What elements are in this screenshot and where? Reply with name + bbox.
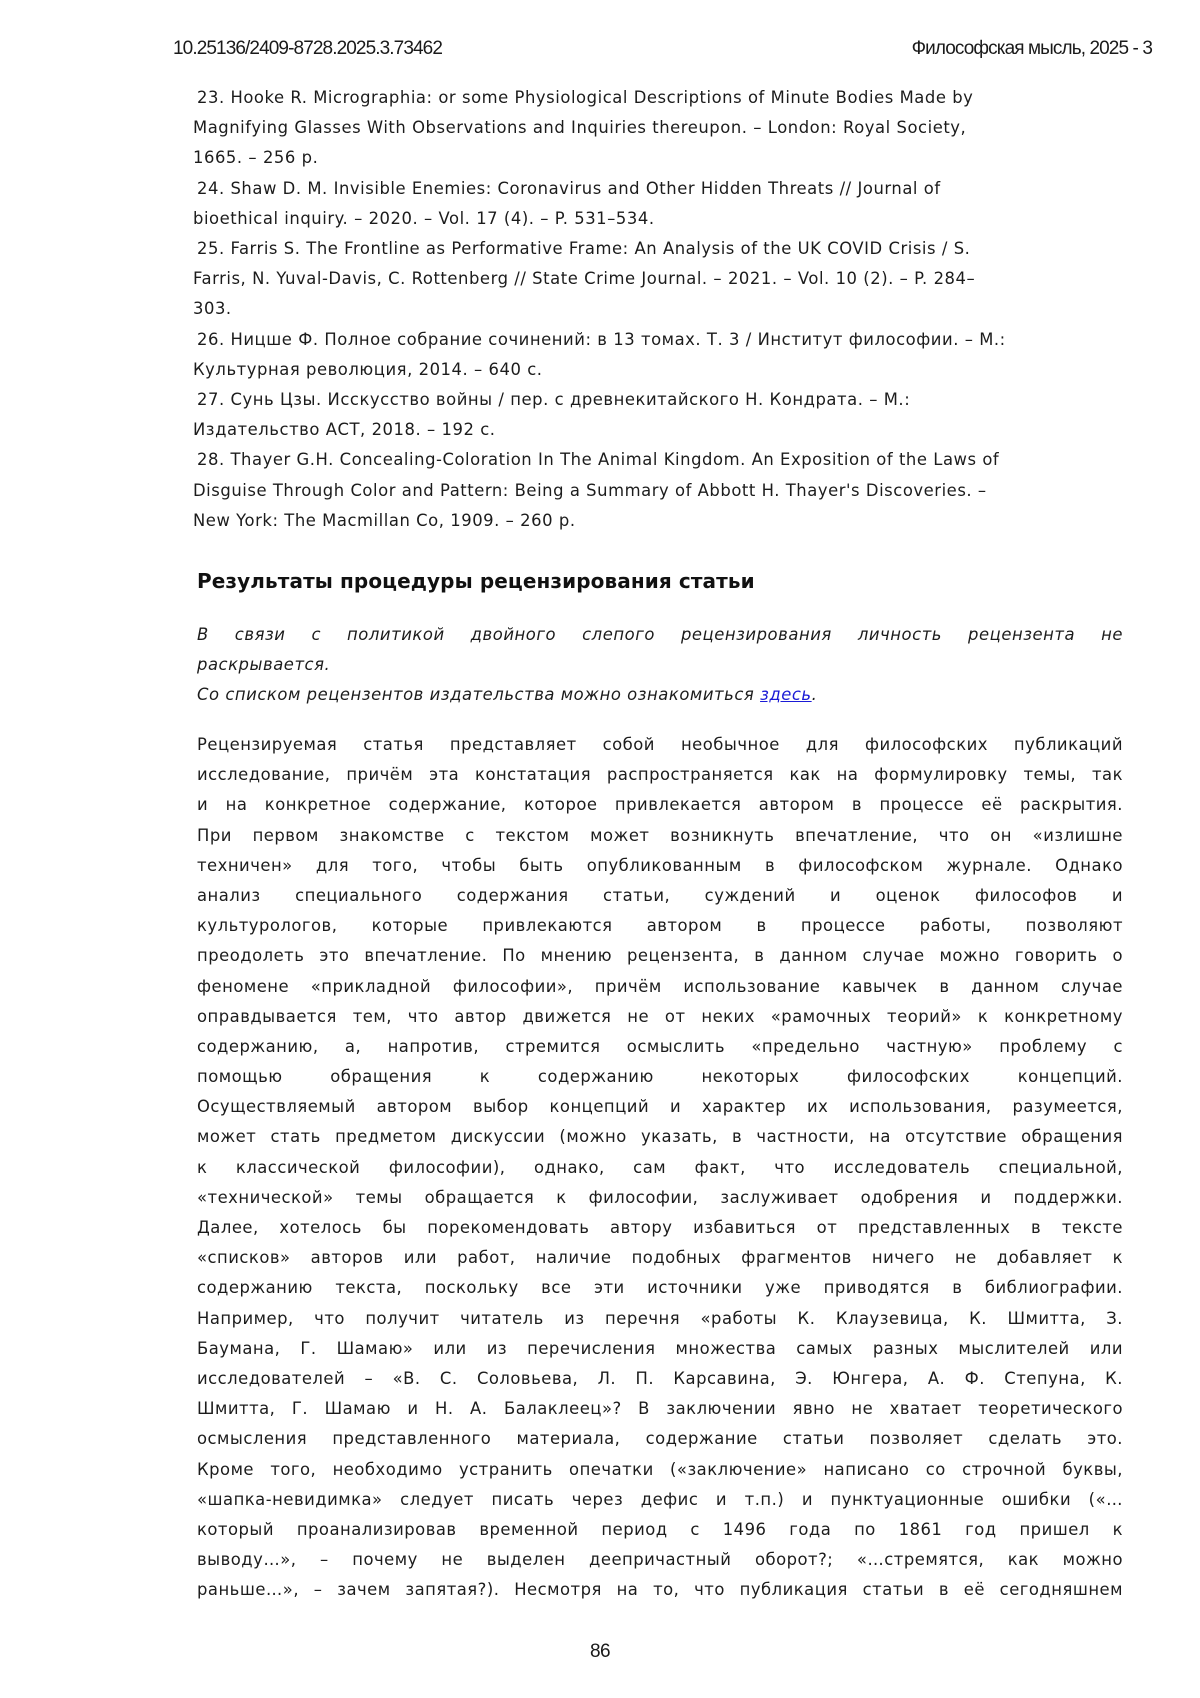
review-body-line: «технической» темы обращается к философи… [197,1183,1123,1213]
reference-line: 25. Farris S. The Frontline as Performat… [193,234,1123,264]
review-body-line: раньше…», – зачем запятая?). Несмотря на… [197,1575,1123,1605]
reviewers-note-text: Со списком рецензентов издательства можн… [197,685,760,704]
review-body-line: техничен» для того, чтобы быть опубликов… [197,851,1123,881]
policy-text: раскрывается. [197,650,1123,680]
doi-text: 10.25136/2409-8728.2025.3.73462 [173,38,442,60]
reference-line: Культурная революция, 2014. – 640 с. [193,355,1123,385]
journal-issue-text: Философская мысль, 2025 - 3 [912,38,1152,60]
review-body-text: Рецензируемая статья представляет собой … [197,730,1123,1605]
review-body-line: Осуществляемый автором выбор концепций и… [197,1092,1123,1122]
review-body-line: «шапка-невидимка» следует писать через д… [197,1485,1123,1515]
review-body-line: к классической философии), однако, сам ф… [197,1153,1123,1183]
reference-item: 26. Ницше Ф. Полное собрание сочинений: … [193,325,1123,385]
policy-text: В связи с политикой двойного слепого рец… [197,620,1123,650]
review-body-line: Например, что получит читатель из перечн… [197,1304,1123,1334]
review-body-line: выводу…», – почему не выделен деепричаст… [197,1545,1123,1575]
reference-line: 23. Hooke R. Micrographia: or some Physi… [193,83,1123,113]
reference-line: 26. Ницше Ф. Полное собрание сочинений: … [193,325,1123,355]
review-body-line: феномене «прикладной философии», причём … [197,972,1123,1002]
review-body-line: оправдывается тем, что автор движется не… [197,1002,1123,1032]
review-body-line: преодолеть это впечатление. По мнению ре… [197,941,1123,971]
reference-line: 27. Сунь Цзы. Исскусство войны / пер. с … [193,385,1123,415]
review-body-line: Шмитта, Г. Шамаю и Н. А. Балаклеец»? В з… [197,1394,1123,1424]
review-body-line: «списков» авторов или работ, наличие под… [197,1243,1123,1273]
reference-line: Farris, N. Yuval-Davis, C. Rottenberg //… [193,264,1123,294]
reviewers-list-note: Со списком рецензентов издательства можн… [197,680,1123,710]
reference-line: Magnifying Glasses With Observations and… [193,113,1123,143]
review-body-line: содержанию, а, напротив, стремится осмыс… [197,1032,1123,1062]
running-header: 10.25136/2409-8728.2025.3.73462 Философс… [0,38,1200,62]
reference-item: 25. Farris S. The Frontline as Performat… [193,234,1123,325]
reference-line: 1665. – 256 p. [193,143,1123,173]
review-body-line: Далее, хотелось бы порекомендовать автор… [197,1213,1123,1243]
reference-item: 28. Thayer G.H. Concealing-Coloration In… [193,445,1123,536]
review-body-line: содержанию текста, поскольку все эти ист… [197,1273,1123,1303]
review-body-line: Кроме того, необходимо устранить опечатк… [197,1455,1123,1485]
reference-item: 27. Сунь Цзы. Исскусство войны / пер. с … [193,385,1123,445]
reference-line: Disguise Through Color and Pattern: Bein… [193,476,1123,506]
review-policy-note: В связи с политикой двойного слепого рец… [197,620,1123,711]
reference-line: bioethical inquiry. – 2020. – Vol. 17 (4… [193,204,1123,234]
review-body-line: исследование, причём эта констатация рас… [197,760,1123,790]
reviewers-note-suffix: . [812,685,818,704]
review-body-line: помощью обращения к содержанию некоторых… [197,1062,1123,1092]
reference-item: 24. Shaw D. M. Invisible Enemies: Corona… [193,174,1123,234]
review-body-line: осмысления представленного материала, со… [197,1424,1123,1454]
reference-line: 303. [193,294,1123,324]
reference-line: 24. Shaw D. M. Invisible Enemies: Corona… [193,174,1123,204]
reviewers-list-link[interactable]: здесь [760,685,812,704]
review-body-line: культурологов, которые привлекаются авто… [197,911,1123,941]
page-number: 86 [0,1641,1200,1663]
review-body-line: При первом знакомстве с текстом может во… [197,821,1123,851]
review-body-line: и на конкретное содержание, которое прив… [197,790,1123,820]
review-body-line: Рецензируемая статья представляет собой … [197,730,1123,760]
reference-list: 23. Hooke R. Micrographia: or some Physi… [193,83,1123,536]
reference-line: New York: The Macmillan Co, 1909. – 260 … [193,506,1123,536]
review-body-line: который проанализировав временной период… [197,1515,1123,1545]
review-body-line: исследователей – «В. С. Соловьева, Л. П.… [197,1364,1123,1394]
review-body-line: анализ специального содержания статьи, с… [197,881,1123,911]
reference-line: Издательство АСТ, 2018. – 192 с. [193,415,1123,445]
review-body-line: может стать предметом дискуссии (можно у… [197,1122,1123,1152]
review-body-line: Баумана, Г. Шамаю» или из перечисления м… [197,1334,1123,1364]
reference-item: 23. Hooke R. Micrographia: or some Physi… [193,83,1123,174]
reference-line: 28. Thayer G.H. Concealing-Coloration In… [193,445,1123,475]
review-section-title: Результаты процедуры рецензирования стат… [197,569,755,593]
